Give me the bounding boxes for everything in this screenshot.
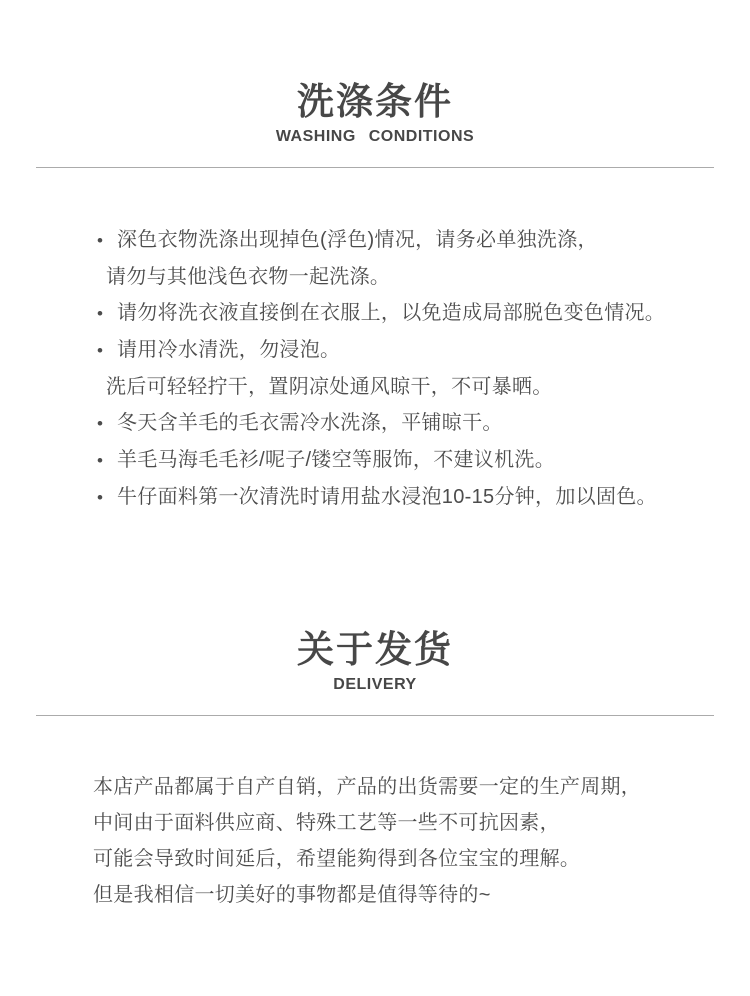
delivery-text-line: 可能会导致时间延后，希望能夠得到各位宝宝的理解。 (93, 841, 750, 877)
delivery-text-line: 中间由于面料供应商、特殊工艺等一些不可抗因素， (93, 805, 750, 841)
wash-instruction-text: 请勿与其他浅色衣物一起洗涤。 (106, 266, 390, 288)
wash-instruction-text: 请用冷水清洗，勿浸泡。 (117, 339, 340, 361)
section-divider (36, 715, 714, 716)
wash-instruction-text: 冬天含羊毛的毛衣需冷水洗涤，平铺晾干。 (117, 412, 503, 434)
delivery-paragraph: 本店产品都属于自产自销，产品的出货需要一定的生产周期， 中间由于面料供应商、特殊… (0, 769, 750, 913)
bullet-icon: • (97, 406, 117, 442)
list-item: •羊毛马海毛毛衫/呢子/镂空等服饰，不建议机洗。 (0, 442, 750, 479)
washing-instructions-list: •深色衣物洗涤出现掉色(浮色)情况，请务必单独洗涤， 请勿与其他浅色衣物一起洗涤… (0, 222, 750, 516)
list-item: •牛仔面料第一次清洗时请用盐水浸泡10-15分钟，加以固色。 (0, 479, 750, 516)
bullet-icon: • (97, 333, 117, 369)
delivery-section-subtitle: DELIVERY (0, 676, 750, 693)
list-item-continuation: 洗后可轻轻拧干，置阴凉处通风晾干，不可暴晒。 (0, 369, 750, 405)
delivery-section-header: 关于发货 DELIVERY (0, 631, 750, 693)
product-info-page: 洗涤条件 WASHING CONDITIONS •深色衣物洗涤出现掉色(浮色)情… (0, 0, 750, 996)
list-item-continuation: 请勿与其他浅色衣物一起洗涤。 (0, 259, 750, 295)
wash-instruction-text: 请勿将洗衣液直接倒在衣服上，以免造成局部脱色变色情况。 (117, 302, 665, 324)
washing-section-title: 洗涤条件 (0, 83, 750, 121)
wash-instruction-text: 牛仔面料第一次清洗时请用盐水浸泡10-15分钟，加以固色。 (117, 486, 657, 508)
list-item: •深色衣物洗涤出现掉色(浮色)情况，请务必单独洗涤， (0, 222, 750, 259)
wash-instruction-text: 洗后可轻轻拧干，置阴凉处通风晾干，不可暴晒。 (106, 376, 553, 398)
delivery-text-line: 但是我相信一切美好的事物都是值得等待的~ (93, 877, 750, 913)
list-item: •冬天含羊毛的毛衣需冷水洗涤，平铺晾干。 (0, 405, 750, 442)
washing-section-subtitle: WASHING CONDITIONS (0, 128, 750, 145)
bullet-icon: • (97, 223, 117, 259)
delivery-section-title: 关于发货 (0, 631, 750, 669)
bullet-icon: • (97, 296, 117, 332)
list-item: •请用冷水清洗，勿浸泡。 (0, 332, 750, 369)
bullet-icon: • (97, 480, 117, 516)
wash-instruction-text: 羊毛马海毛毛衫/呢子/镂空等服饰，不建议机洗。 (117, 449, 555, 471)
washing-section-header: 洗涤条件 WASHING CONDITIONS (0, 0, 750, 145)
list-item: •请勿将洗衣液直接倒在衣服上，以免造成局部脱色变色情况。 (0, 295, 750, 332)
bullet-icon: • (97, 443, 117, 479)
wash-instruction-text: 深色衣物洗涤出现掉色(浮色)情况，请务必单独洗涤， (117, 229, 598, 251)
delivery-text-line: 本店产品都属于自产自销，产品的出货需要一定的生产周期， (93, 769, 750, 805)
section-divider (36, 167, 714, 168)
